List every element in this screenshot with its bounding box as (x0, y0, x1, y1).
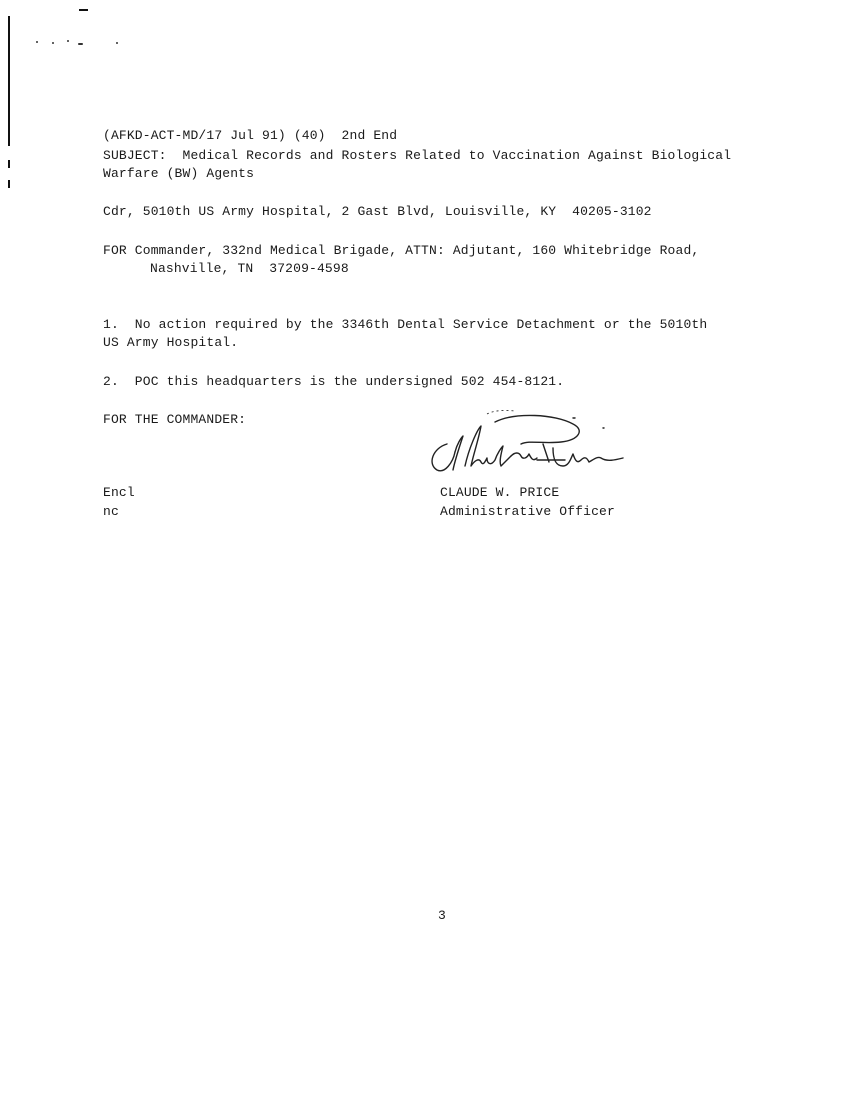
scan-speck (67, 40, 69, 42)
to-line-continued: Nashville, TN 37209-4598 (150, 260, 349, 278)
signer-name: CLAUDE W. PRICE (440, 484, 559, 502)
enclosure-notation: Encl (103, 484, 135, 502)
subject-line-continued: Warfare (BW) Agents (103, 165, 254, 183)
scan-speck (116, 42, 118, 44)
signer-title: Administrative Officer (440, 503, 615, 521)
margin-tick-mark (8, 160, 10, 168)
paragraph-1-continued: US Army Hospital. (103, 334, 238, 352)
to-line: FOR Commander, 332nd Medical Brigade, AT… (103, 242, 699, 260)
page-number: 3 (438, 907, 446, 925)
paragraph-2: 2. POC this headquarters is the undersig… (103, 373, 564, 391)
handwritten-signature (425, 408, 635, 480)
margin-tick-mark (8, 180, 10, 188)
scan-speck (36, 41, 38, 43)
margin-binding-mark (8, 16, 10, 146)
endorsement-reference: (AFKD-ACT-MD/17 Jul 91) (40) 2nd End (103, 127, 397, 145)
scan-mark (79, 9, 88, 11)
scan-speck (52, 42, 54, 44)
scan-speck (78, 43, 83, 45)
closing-line: FOR THE COMMANDER: (103, 411, 246, 429)
subject-line: SUBJECT: Medical Records and Rosters Rel… (103, 147, 731, 165)
distribution-notation: nc (103, 503, 119, 521)
from-line: Cdr, 5010th US Army Hospital, 2 Gast Blv… (103, 203, 652, 221)
document-page: (AFKD-ACT-MD/17 Jul 91) (40) 2nd End SUB… (0, 0, 850, 1105)
paragraph-1: 1. No action required by the 3346th Dent… (103, 316, 707, 334)
